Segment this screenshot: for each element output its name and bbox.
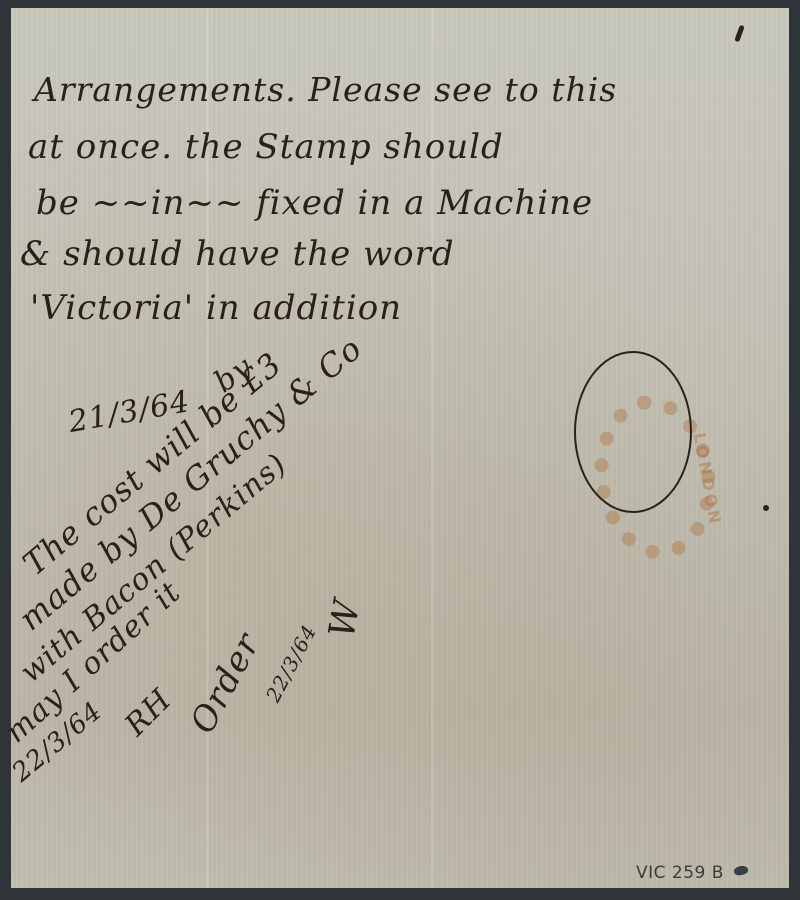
ink-dot: [763, 505, 769, 511]
drawn-oval-outline: [574, 351, 692, 513]
letter-line-2: at once. the Stamp should: [28, 127, 504, 167]
letter-line-4: & should have the word: [20, 234, 455, 274]
letter-line-5: 'Victoria' in addition: [30, 288, 402, 328]
annotation-initials-w: W: [322, 596, 369, 641]
letter-line-3: be ~~in~~ fixed in a Machine: [36, 183, 593, 223]
letter-line-1: Arrangements. Please see to this: [34, 70, 617, 109]
archive-reference: VIC 259 B: [636, 863, 724, 883]
